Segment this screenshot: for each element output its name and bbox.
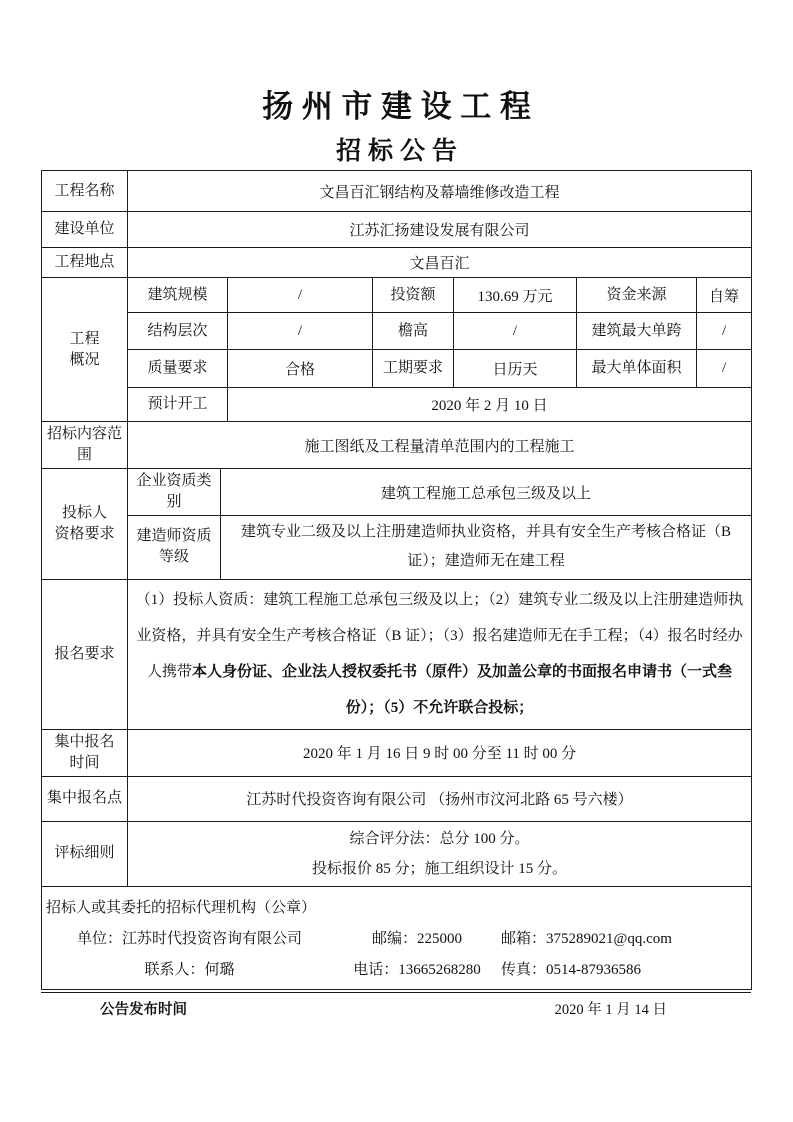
location-value: 文昌百汇 bbox=[128, 248, 752, 278]
table-row: 工程 概况 建筑规模 / 投资额 130.69 万元 资金来源 自筹 bbox=[42, 278, 752, 313]
builder-value: 江苏汇扬建设发展有限公司 bbox=[128, 212, 752, 248]
table-row: 报名要求 （1）投标人资质：建筑工程施工总承包三级及以上；（2）建筑专业二级及以… bbox=[42, 579, 752, 729]
overview-investment-label: 投资额 bbox=[373, 278, 454, 313]
table-row: 工程地点 文昌百汇 bbox=[42, 248, 752, 278]
table-row: 集中报名点 江苏时代投资咨询有限公司 （扬州市汶河北路 65 号六楼） bbox=[42, 776, 752, 821]
document-page: 扬 州 市 建 设 工 程 招 标 公 告 工程名称 文昌百汇钢结构及幕墙维修改… bbox=[0, 0, 793, 1122]
registration-value: （1）投标人资质：建筑工程施工总承包三级及以上；（2）建筑专业二级及以上注册建造… bbox=[128, 579, 752, 729]
table-row: 质量要求 合格 工期要求 日历天 最大单体面积 / bbox=[42, 350, 752, 388]
overview-funding-value: 自筹 bbox=[697, 278, 752, 313]
agency-postcode: 邮编：225000 bbox=[333, 927, 501, 948]
agency-phone: 电话：13665268280 bbox=[333, 958, 501, 979]
overview-duration-label: 工期要求 bbox=[373, 350, 454, 388]
table-row: 招标人或其委托的招标代理机构（公章） 单位：江苏时代投资咨询有限公司 邮编：22… bbox=[42, 886, 752, 989]
agency-title: 招标人或其委托的招标代理机构（公章） bbox=[46, 891, 747, 922]
agency-unit: 单位：江苏时代投资咨询有限公司 bbox=[46, 927, 333, 948]
overview-quality-label: 质量要求 bbox=[128, 350, 228, 388]
project-name-value: 文昌百汇钢结构及幕墙维修改造工程 bbox=[128, 171, 752, 212]
evaluation-label: 评标细则 bbox=[42, 821, 128, 886]
publish-date-value: 2020 年 1 月 14 日 bbox=[555, 998, 667, 1019]
overview-label: 工程 概况 bbox=[42, 278, 128, 422]
scope-value: 施工图纸及工程量清单范围内的工程施工 bbox=[128, 422, 752, 469]
enterprise-qualification-value: 建筑工程施工总承包三级及以上 bbox=[221, 469, 752, 516]
overview-structure-label: 结构层次 bbox=[128, 313, 228, 350]
scope-label: 招标内容范 围 bbox=[42, 422, 128, 469]
publish-date-label: 公告发布时间 bbox=[100, 998, 187, 1019]
registration-bold-text: 本人身份证、企业法人授权委托书（原件）及加盖公章的书面报名申请书（一式叁份）；（… bbox=[192, 664, 732, 716]
table-row: 集中报名 时间 2020 年 1 月 16 日 9 时 00 分至 11 时 0… bbox=[42, 729, 752, 776]
overview-investment-value: 130.69 万元 bbox=[454, 278, 577, 313]
overview-eave-label: 檐高 bbox=[373, 313, 454, 350]
page-title: 扬 州 市 建 设 工 程 bbox=[0, 90, 793, 124]
overview-scale-label: 建筑规模 bbox=[128, 278, 228, 313]
announcement-table: 工程名称 文昌百汇钢结构及幕墙维修改造工程 建设单位 江苏汇扬建设发展有限公司 … bbox=[41, 170, 752, 990]
agency-contact: 联系人：何璐 bbox=[46, 958, 333, 979]
overview-maxspan-label: 建筑最大单跨 bbox=[577, 313, 697, 350]
enterprise-qualification-label: 企业资质类 别 bbox=[128, 469, 221, 516]
table-row: 评标细则 综合评分法：总分 100 分。 投标报价 85 分；施工组织设计 15… bbox=[42, 821, 752, 886]
table-row: 工程名称 文昌百汇钢结构及幕墙维修改造工程 bbox=[42, 171, 752, 212]
evaluation-value: 综合评分法：总分 100 分。 投标报价 85 分；施工组织设计 15 分。 bbox=[128, 821, 752, 886]
table-row: 预计开工 2020 年 2 月 10 日 bbox=[42, 388, 752, 422]
agency-contact-line-1: 单位：江苏时代投资咨询有限公司 邮编：225000 邮箱：375289021@q… bbox=[46, 922, 747, 953]
signup-time-value: 2020 年 1 月 16 日 9 时 00 分至 11 时 00 分 bbox=[128, 729, 752, 776]
overview-maxspan-value: / bbox=[697, 313, 752, 350]
overview-maxarea-value: / bbox=[697, 350, 752, 388]
signup-place-value: 江苏时代投资咨询有限公司 （扬州市汶河北路 65 号六楼） bbox=[128, 776, 752, 821]
overview-scale-value: / bbox=[228, 278, 373, 313]
agency-block: 招标人或其委托的招标代理机构（公章） 单位：江苏时代投资咨询有限公司 邮编：22… bbox=[42, 886, 752, 989]
location-label: 工程地点 bbox=[42, 248, 128, 278]
builder-label: 建设单位 bbox=[42, 212, 128, 248]
signup-place-label: 集中报名点 bbox=[42, 776, 128, 821]
table-row: 结构层次 / 檐高 / 建筑最大单跨 / bbox=[42, 313, 752, 350]
project-name-label: 工程名称 bbox=[42, 171, 128, 212]
table-row: 招标内容范 围 施工图纸及工程量清单范围内的工程施工 bbox=[42, 422, 752, 469]
signup-time-label: 集中报名 时间 bbox=[42, 729, 128, 776]
agency-fax: 传真：0514-87936586 bbox=[501, 958, 641, 979]
table-row: 投标人 资格要求 企业资质类 别 建筑工程施工总承包三级及以上 bbox=[42, 469, 752, 516]
overview-startdate-value: 2020 年 2 月 10 日 bbox=[228, 388, 752, 422]
publish-date-row: 公告发布时间 2020 年 1 月 14 日 bbox=[41, 993, 751, 1019]
registration-label: 报名要求 bbox=[42, 579, 128, 729]
agency-email: 邮箱：375289021@qq.com bbox=[501, 927, 672, 948]
overview-quality-value: 合格 bbox=[228, 350, 373, 388]
overview-structure-value: / bbox=[228, 313, 373, 350]
constructor-qualification-value: 建筑专业二级及以上注册建造师执业资格，并具有安全生产考核合格证（B证）；建造师无… bbox=[221, 516, 752, 580]
table-row: 建设单位 江苏汇扬建设发展有限公司 bbox=[42, 212, 752, 248]
qualification-label: 投标人 资格要求 bbox=[42, 469, 128, 580]
overview-funding-label: 资金来源 bbox=[577, 278, 697, 313]
table-row: 建造师资质 等级 建筑专业二级及以上注册建造师执业资格，并具有安全生产考核合格证… bbox=[42, 516, 752, 580]
constructor-qualification-label: 建造师资质 等级 bbox=[128, 516, 221, 580]
overview-startdate-label: 预计开工 bbox=[128, 388, 228, 422]
overview-eave-value: / bbox=[454, 313, 577, 350]
page-subtitle: 招 标 公 告 bbox=[0, 137, 793, 165]
overview-duration-value: 日历天 bbox=[454, 350, 577, 388]
agency-contact-line-2: 联系人：何璐 电话：13665268280 传真：0514-87936586 bbox=[46, 953, 747, 984]
overview-maxarea-label: 最大单体面积 bbox=[577, 350, 697, 388]
